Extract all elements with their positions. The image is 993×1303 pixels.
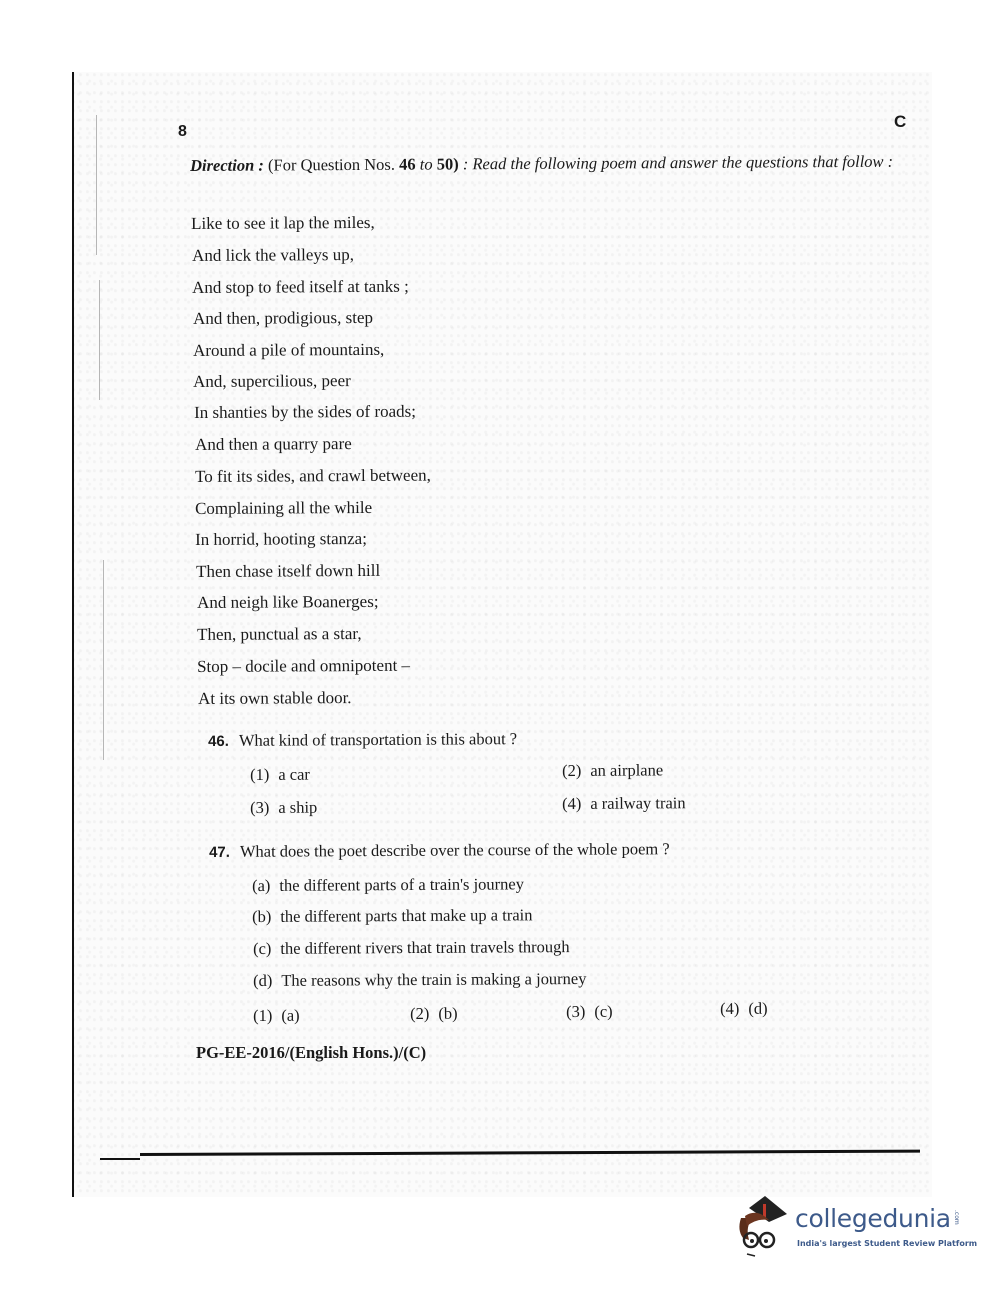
option-key: (3) bbox=[566, 1002, 585, 1021]
direction-range-end: 50) bbox=[437, 154, 459, 173]
direction-label: Direction : bbox=[190, 156, 264, 175]
option-key: (4) bbox=[562, 794, 581, 813]
option-key: (2) bbox=[410, 1004, 429, 1023]
poem-line: Then chase itself down hill bbox=[196, 560, 380, 583]
q47-statement-c: (c)the different rivers that train trave… bbox=[253, 937, 570, 959]
poem-line: Stop – docile and omnipotent – bbox=[197, 655, 410, 678]
option-key: (3) bbox=[250, 798, 269, 817]
statement-key: (b) bbox=[252, 907, 271, 926]
poem-line: Complaining all the while bbox=[195, 497, 372, 520]
option-text: (a) bbox=[281, 1006, 299, 1025]
page-number: 8 bbox=[178, 123, 187, 141]
statement-key: (c) bbox=[253, 939, 271, 958]
statement-text: the different parts that make up a train bbox=[280, 905, 532, 926]
scan-artifact bbox=[99, 280, 100, 400]
statement-text: The reasons why the train is making a jo… bbox=[281, 969, 586, 990]
question-number: 47. bbox=[209, 844, 230, 861]
brand-tagline: India's largest Student Review Platform bbox=[797, 1239, 977, 1248]
question-text: What kind of transportation is this abou… bbox=[239, 729, 517, 750]
question-number: 46. bbox=[208, 733, 229, 750]
poem-line: And lick the valleys up, bbox=[192, 244, 354, 267]
option-text: a ship bbox=[278, 798, 317, 817]
q47-option-3[interactable]: (3)(c) bbox=[566, 1002, 613, 1022]
poem-line: In horrid, hooting stanza; bbox=[195, 528, 367, 551]
option-text: (c) bbox=[594, 1002, 612, 1021]
poem-line: And, supercilious, peer bbox=[193, 370, 351, 393]
question-47: 47.What does the poet describe over the … bbox=[209, 839, 670, 862]
statement-key: (d) bbox=[253, 971, 272, 990]
q47-option-4[interactable]: (4)(d) bbox=[720, 999, 768, 1019]
poem-line: And stop to feed itself at tanks ; bbox=[192, 276, 409, 299]
direction-instructions: Direction : (For Question Nos. 46 to 50)… bbox=[190, 150, 905, 178]
direction-range-prefix: (For Question Nos. bbox=[268, 155, 395, 175]
direction-range-to: to bbox=[420, 155, 433, 174]
option-text: an airplane bbox=[590, 760, 663, 779]
q47-statement-b: (b)the different parts that make up a tr… bbox=[252, 905, 533, 927]
q46-option-4[interactable]: (4)a railway train bbox=[562, 793, 686, 814]
option-text: a car bbox=[278, 765, 310, 784]
option-key: (1) bbox=[253, 1006, 272, 1025]
question-46: 46.What kind of transportation is this a… bbox=[208, 729, 517, 751]
paper-code: PG-EE-2016/(English Hons.)/(C) bbox=[196, 1043, 426, 1063]
scan-artifact bbox=[96, 115, 97, 255]
statement-text: the different parts of a train's journey bbox=[279, 874, 524, 894]
direction-instruction-text: : Read the following poem and answer the… bbox=[463, 152, 893, 174]
poem-line: At its own stable door. bbox=[198, 687, 352, 710]
brand-suffix: .com bbox=[953, 1210, 960, 1225]
option-text: (b) bbox=[438, 1004, 457, 1023]
statement-key: (a) bbox=[252, 876, 270, 895]
q46-option-1[interactable]: (1)a car bbox=[250, 765, 310, 785]
q47-option-2[interactable]: (2)(b) bbox=[410, 1004, 458, 1024]
set-code: C bbox=[894, 112, 906, 132]
poem-line: And then a quarry pare bbox=[195, 433, 352, 456]
divider bbox=[100, 1158, 140, 1160]
option-text: (d) bbox=[748, 999, 767, 1018]
poem-line: In shanties by the sides of roads; bbox=[194, 401, 416, 424]
q47-statement-a: (a)the different parts of a train's jour… bbox=[252, 874, 524, 896]
statement-text: the different rivers that train travels … bbox=[280, 937, 569, 958]
option-key: (2) bbox=[562, 761, 581, 780]
question-text: What does the poet describe over the cou… bbox=[240, 839, 670, 861]
option-key: (4) bbox=[720, 999, 739, 1018]
poem-line: To fit its sides, and crawl between, bbox=[195, 465, 431, 488]
q47-statement-d: (d)The reasons why the train is making a… bbox=[253, 969, 587, 991]
scan-artifact bbox=[103, 560, 104, 760]
student-mascot-icon bbox=[735, 1196, 793, 1258]
q46-option-3[interactable]: (3)a ship bbox=[250, 798, 317, 818]
poem-line: Then, punctual as a star, bbox=[197, 623, 362, 646]
page-left-border bbox=[72, 72, 74, 1197]
option-text: a railway train bbox=[590, 793, 685, 813]
direction-range-start: 46 bbox=[399, 155, 416, 174]
poem-line: And then, prodigious, step bbox=[193, 307, 373, 330]
brand-name: collegedunia bbox=[795, 1204, 951, 1233]
q46-option-2[interactable]: (2)an airplane bbox=[562, 760, 663, 781]
option-key: (1) bbox=[250, 765, 269, 784]
poem-line: Around a pile of mountains, bbox=[193, 339, 384, 362]
poem-line: And neigh like Boanerges; bbox=[197, 591, 379, 614]
q47-option-1[interactable]: (1)(a) bbox=[253, 1006, 300, 1026]
poem-line: Like to see it lap the miles, bbox=[191, 212, 375, 235]
collegedunia-watermark: collegedunia .com India's largest Studen… bbox=[735, 1196, 965, 1266]
